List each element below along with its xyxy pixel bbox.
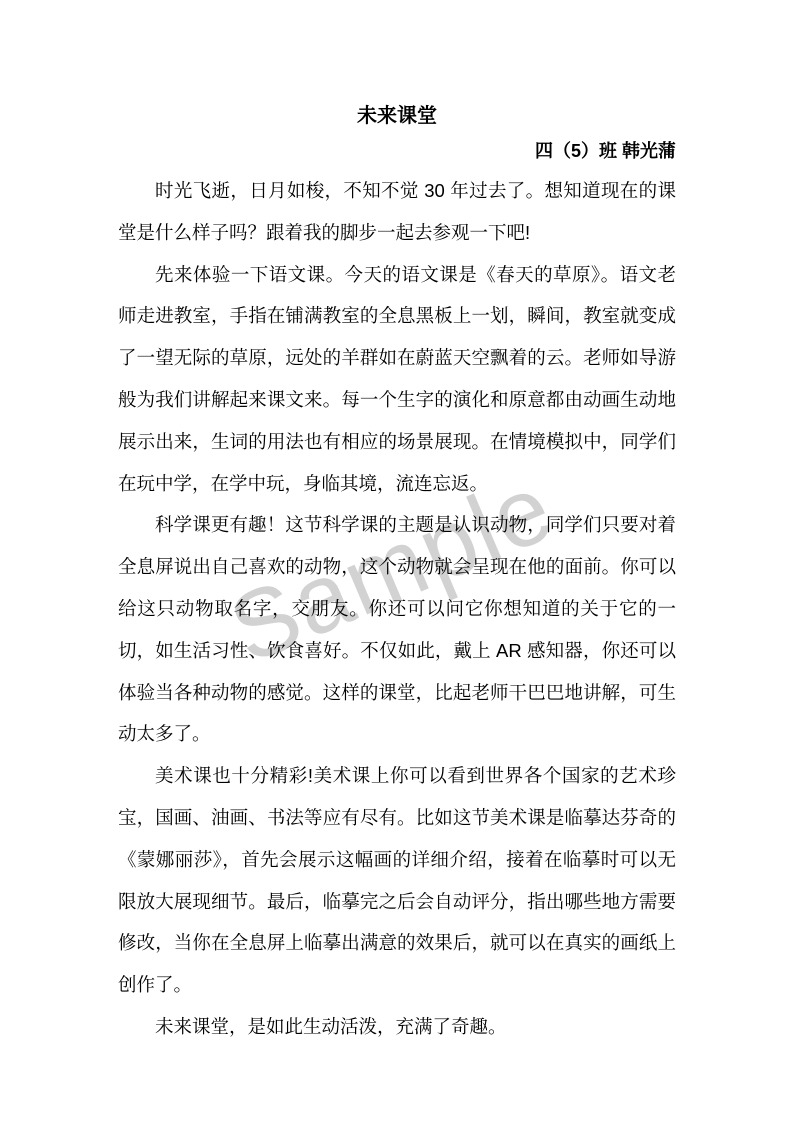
author-byline: 四（5）班 韩光蒲 [118,134,676,168]
page-title: 未来课堂 [118,98,676,134]
paragraph: 未来课堂，是如此生动活泼，充满了奇趣。 [118,1006,676,1048]
paragraph: 先来体验一下语文课。今天的语文课是《春天的草原》。语文老师走进教室，手指在铺满教… [118,254,676,505]
paragraph: 时光飞逝，日月如梭，不知不觉 30 年过去了。想知道现在的课堂是什么样子吗？跟着… [118,170,676,254]
document-page: Sample 未来课堂 四（5）班 韩光蒲 时光飞逝，日月如梭，不知不觉 30 … [0,0,794,1122]
paragraph: 美术课也十分精彩!美术课上你可以看到世界各个国家的艺术珍宝，国画、油画、书法等应… [118,755,676,1006]
paragraph: 科学课更有趣！这节科学课的主题是认识动物，同学们只要对着全息屏说出自己喜欢的动物… [118,504,676,755]
document-content: 未来课堂 四（5）班 韩光蒲 时光飞逝，日月如梭，不知不觉 30 年过去了。想知… [118,98,676,1048]
essay-body: 时光飞逝，日月如梭，不知不觉 30 年过去了。想知道现在的课堂是什么样子吗？跟着… [118,170,676,1048]
